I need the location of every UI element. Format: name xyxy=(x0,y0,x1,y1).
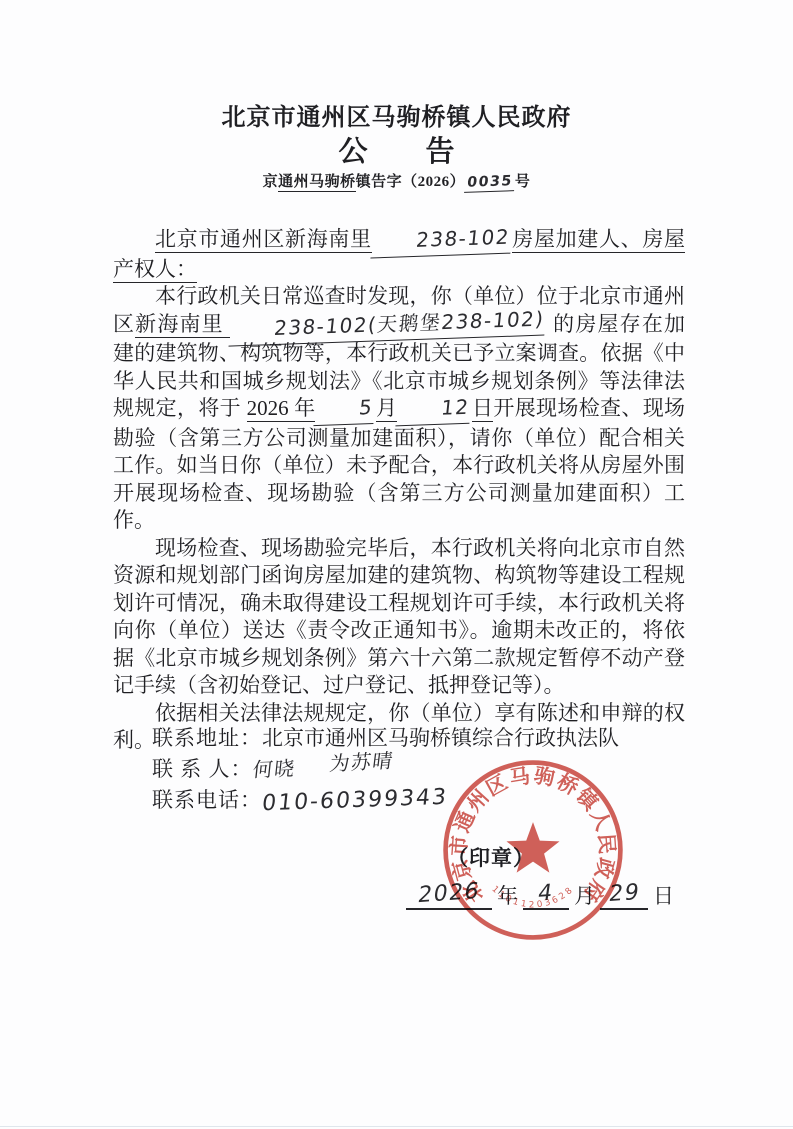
contact-phone-label: 联系电话： xyxy=(152,788,262,812)
text-run: 2026 年 xyxy=(247,396,316,422)
date-day-label: 日 xyxy=(653,884,674,908)
notice-title: 公 告 xyxy=(0,129,793,170)
contact-person-name-2: 为苏晴 xyxy=(329,744,397,777)
text-run: 京 xyxy=(263,174,279,190)
text-run: 日 xyxy=(472,396,494,422)
text-run: 北京市通州区新海南里 xyxy=(155,227,372,253)
seal-code-number: 11011203628 xyxy=(489,884,576,910)
contact-address-value: 北京市通州区马驹桥镇综合行政执法队 xyxy=(262,726,619,750)
text-run: 通州马驹桥 xyxy=(278,174,356,192)
text-run: 12 xyxy=(396,394,473,426)
seal-star-icon xyxy=(506,822,559,872)
text-run: 238-102 xyxy=(370,223,513,258)
official-red-seal: 北京市通州区马驹桥镇人民政府 11011203628 xyxy=(440,757,626,943)
paragraph-1: 本行政机关日常巡查时发现，你（单位）位于北京市通州区新海南里 238-102(天… xyxy=(113,283,685,535)
text-run: 镇告字（2026） xyxy=(356,174,466,190)
contact-address-label: 联系地址： xyxy=(152,726,262,750)
text-run: 5 xyxy=(314,394,377,426)
notice-document-page: 北京市通州区马驹桥镇人民政府 公 告 京通州马驹桥镇告字（2026）0035号 … xyxy=(0,0,793,1129)
paragraph-2: 现场检查、现场勘验完毕后，本行政机关将向北京市自然资源和规划部门函询房屋加建的建… xyxy=(113,535,685,700)
text-run: 新海南里 xyxy=(135,312,230,338)
contact-person-label: 联 系 人： xyxy=(152,757,253,781)
contact-person-name-1: 何晓 xyxy=(251,752,297,783)
svg-text:11011203628: 11011203628 xyxy=(489,884,576,910)
text-run: 0035 xyxy=(464,173,516,193)
contact-phone-value: 010-60399343 xyxy=(261,785,449,817)
text-run: 238-102(天鹅堡238-102) xyxy=(229,305,548,346)
notice-body: 北京市通州区新海南里238-102房屋加建人、房屋产权人： 本行政机关日常巡查时… xyxy=(113,226,685,755)
text-run: 号 xyxy=(515,174,531,190)
document-number: 京通州马驹桥镇告字（2026）0035号 xyxy=(0,170,793,192)
issuing-org-title: 北京市通州区马驹桥镇人民政府 xyxy=(0,97,793,132)
salutation-line: 北京市通州区新海南里238-102房屋加建人、房屋产权人： xyxy=(113,226,685,283)
text-run: 月 xyxy=(376,396,398,422)
